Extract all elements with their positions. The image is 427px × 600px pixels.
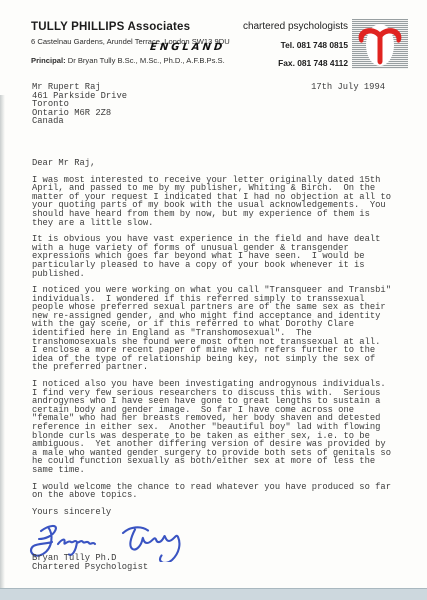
principal-value: Dr Bryan Tully B.Sc., M.Sc., Ph.D., A.F.… <box>66 56 225 65</box>
address-date-row: Mr Rupert Raj 461 Parkside Drive Toronto… <box>32 83 420 126</box>
principal-line: Principal: Dr Bryan Tully B.Sc., M.Sc., … <box>31 56 225 65</box>
signer-title: Chartered Psychologist <box>32 563 420 572</box>
paragraph-2: It is obvious you have vast experience i… <box>32 235 420 278</box>
letter-paper: TULLY PHILLIPS Associates 6 Castelnau Ga… <box>0 0 427 589</box>
telephone-number: Tel. 081 748 0815 <box>281 40 348 50</box>
scanned-letter: TULLY PHILLIPS Associates 6 Castelnau Ga… <box>0 0 427 600</box>
closing-line: Yours sincerely <box>32 508 420 517</box>
salutation: Dear Mr Raj, <box>32 159 420 168</box>
company-name: TULLY PHILLIPS Associates <box>31 21 190 33</box>
psi-symbol-icon <box>352 19 408 69</box>
fax-number: Fax. 081 748 4112 <box>278 58 348 68</box>
handwritten-country: ENGLAND <box>149 42 225 53</box>
paragraph-3: I noticed you were working on what you c… <box>32 286 420 372</box>
paragraph-1: I was most interested to receive your le… <box>32 176 420 228</box>
paragraph-5: I would welcome the chance to read whate… <box>32 483 420 500</box>
letter-date: 17th July 1994 <box>311 83 385 92</box>
profession-label: chartered psychologists <box>243 21 348 32</box>
principal-label: Principal: <box>31 56 66 65</box>
letter-body: Mr Rupert Raj 461 Parkside Drive Toronto… <box>32 83 420 572</box>
company-logo <box>352 19 408 69</box>
paragraph-4: I noticed also you have been investigati… <box>32 380 420 475</box>
recipient-address: Mr Rupert Raj 461 Parkside Drive Toronto… <box>32 83 127 126</box>
